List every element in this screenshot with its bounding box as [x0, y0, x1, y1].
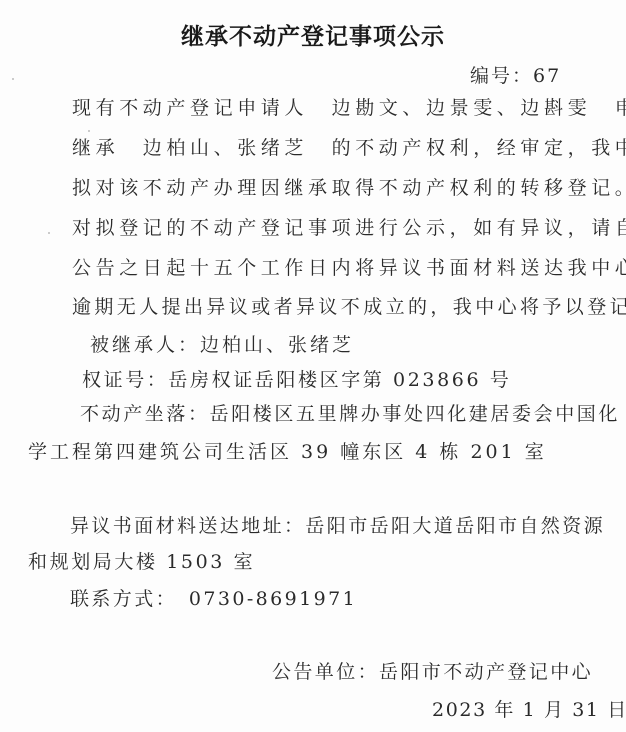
issuer-line: 公告单位：岳阳市不动产登记中心	[272, 660, 593, 684]
property-location-line-1: 不动产坐落：岳阳楼区五里牌办事处四化建居委会中国化	[80, 402, 620, 426]
property-location-line-2: 学工程第四建筑公司生活区 39 幢东区 4 栋 201 室	[28, 440, 547, 464]
body-line-1: 现有不动产登记申请人 边勘文、边景雯、边斟雯 申请	[72, 96, 626, 120]
objection-address-line-1: 异议书面材料送达地址：岳阳市岳阳大道岳阳市自然资源	[70, 514, 605, 538]
body-line-3: 拟对该不动产办理因继承取得不动产权利的转移登记。现	[72, 176, 626, 200]
objection-address-line-2: 和规划局大楼 1503 室	[28, 550, 255, 574]
scan-speck	[88, 130, 90, 132]
scan-speck	[48, 232, 50, 234]
body-line-5: 公告之日起十五个工作日内将异议书面材料送达我中心。	[72, 256, 626, 280]
date-line: 2023 年 1 月 31 日	[432, 698, 626, 722]
document-title: 继承不动产登记事项公示	[0, 18, 626, 51]
scan-speck	[12, 78, 14, 80]
serial-number: 编号：67	[470, 64, 561, 88]
body-line-6: 逾期无人提出异议或者异议不成立的，我中心将予以登记。	[72, 295, 626, 319]
body-line-2: 继承 边柏山、张绪芝 的不动产权利，经审定，我中心	[72, 136, 626, 160]
certificate-number-line: 权证号：岳房权证岳阳楼区字第 023866 号	[82, 368, 511, 392]
contact-line: 联系方式： 0730-8691971	[70, 587, 357, 611]
body-line-4: 对拟登记的不动产登记事项进行公示，如有异议，请自本	[72, 216, 626, 240]
decedents-line: 被继承人：边柏山、张绪芝	[90, 333, 354, 357]
